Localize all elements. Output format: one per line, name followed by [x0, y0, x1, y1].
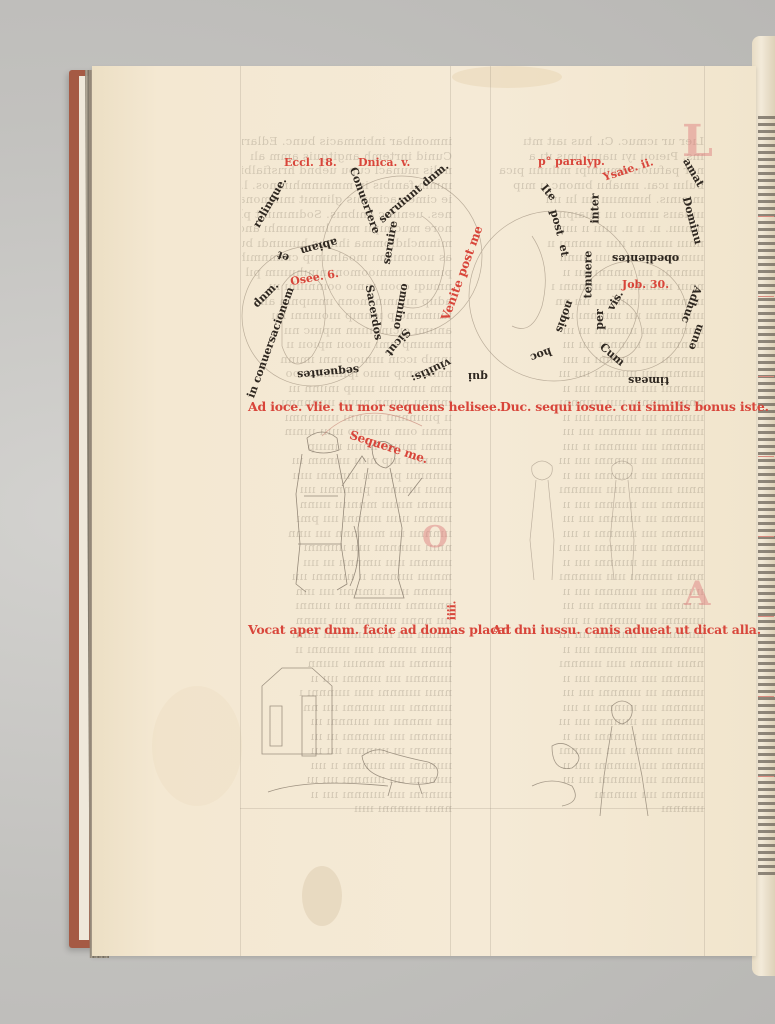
diagram-ref-eccl: Eccl. 18.	[284, 156, 337, 169]
rubric-left-upper: Ad ioce. vlie. tu mor sequens helisee.	[248, 399, 501, 414]
ring-word: et	[557, 243, 572, 257]
ring-word: timeas	[628, 374, 669, 387]
ring-word: qui	[468, 370, 488, 383]
margin-note: iiii.	[445, 601, 458, 621]
facing-page-text	[758, 116, 775, 876]
diagram-ref-paralyp: p° paralyp.	[538, 155, 605, 168]
manuscript-page: inmonibar inbinmacis bunc. Edlarmifinis …	[92, 66, 756, 956]
diagram-ref-job: Job. 30.	[622, 278, 669, 291]
diagram-ref-dnica: Dnica. v.	[358, 156, 410, 169]
diagram-circles-sketch	[92, 66, 756, 956]
rubric-right-upper: Duc. sequi iosue. cui similis bonus iste…	[500, 399, 769, 414]
ring-word: obedientes	[612, 252, 679, 265]
ring-word: tenuere	[581, 251, 594, 299]
ring-word: per	[593, 309, 606, 330]
rubric-left-lower: Vocat aper dnm. facie ad domas placat	[248, 622, 511, 637]
ring-word: inter	[589, 193, 602, 223]
rubric-right-lower: Ad dni iussu. canis adueat ut dicat alla…	[492, 622, 761, 637]
